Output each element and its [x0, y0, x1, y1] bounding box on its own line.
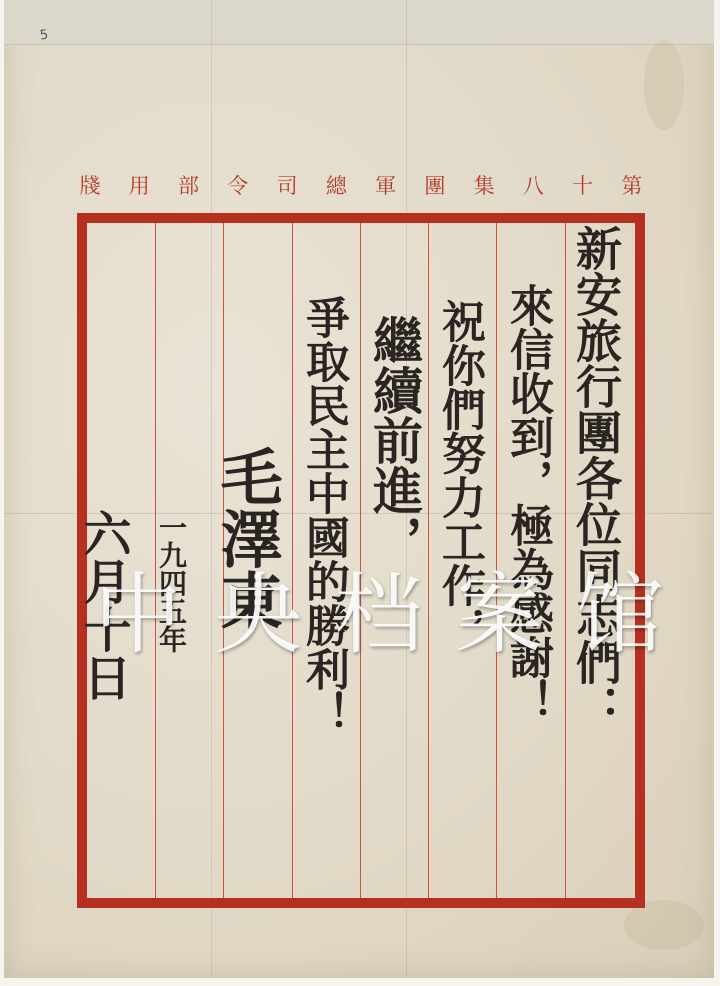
- letterhead-char: 牋: [78, 170, 102, 200]
- letterhead-char: 總: [324, 170, 348, 200]
- watermark-char: 馆: [576, 545, 664, 671]
- letterhead-char: 十: [571, 170, 595, 200]
- letterhead-char: 部: [177, 170, 201, 200]
- letterhead-char: 用: [127, 170, 151, 200]
- letter-paper: 5 第 十 八 集 團 軍 總 司 令 部 用 牋 新安旅行團各位同志們： 來信…: [4, 0, 714, 978]
- letterhead-char: 團: [423, 170, 447, 200]
- watermark-char: 央: [214, 545, 302, 671]
- top-fold-strip: [4, 0, 714, 45]
- watermark-char: 中: [94, 545, 182, 671]
- letterhead-char: 軍: [374, 170, 398, 200]
- letterhead-char: 第: [620, 170, 644, 200]
- archive-watermark: 中 央 档 案 馆: [94, 545, 664, 671]
- letterhead-char: 八: [521, 170, 545, 200]
- watermark-char: 档: [335, 545, 423, 671]
- letterhead-char: 司: [275, 170, 299, 200]
- watermark-char: 案: [455, 545, 543, 671]
- letterhead: 第 十 八 集 團 軍 總 司 令 部 用 牋: [78, 170, 644, 200]
- paper-stain: [644, 40, 684, 130]
- letterhead-char: 集: [472, 170, 496, 200]
- letter-line: 繼續前進，: [369, 315, 419, 565]
- letterhead-char: 令: [226, 170, 250, 200]
